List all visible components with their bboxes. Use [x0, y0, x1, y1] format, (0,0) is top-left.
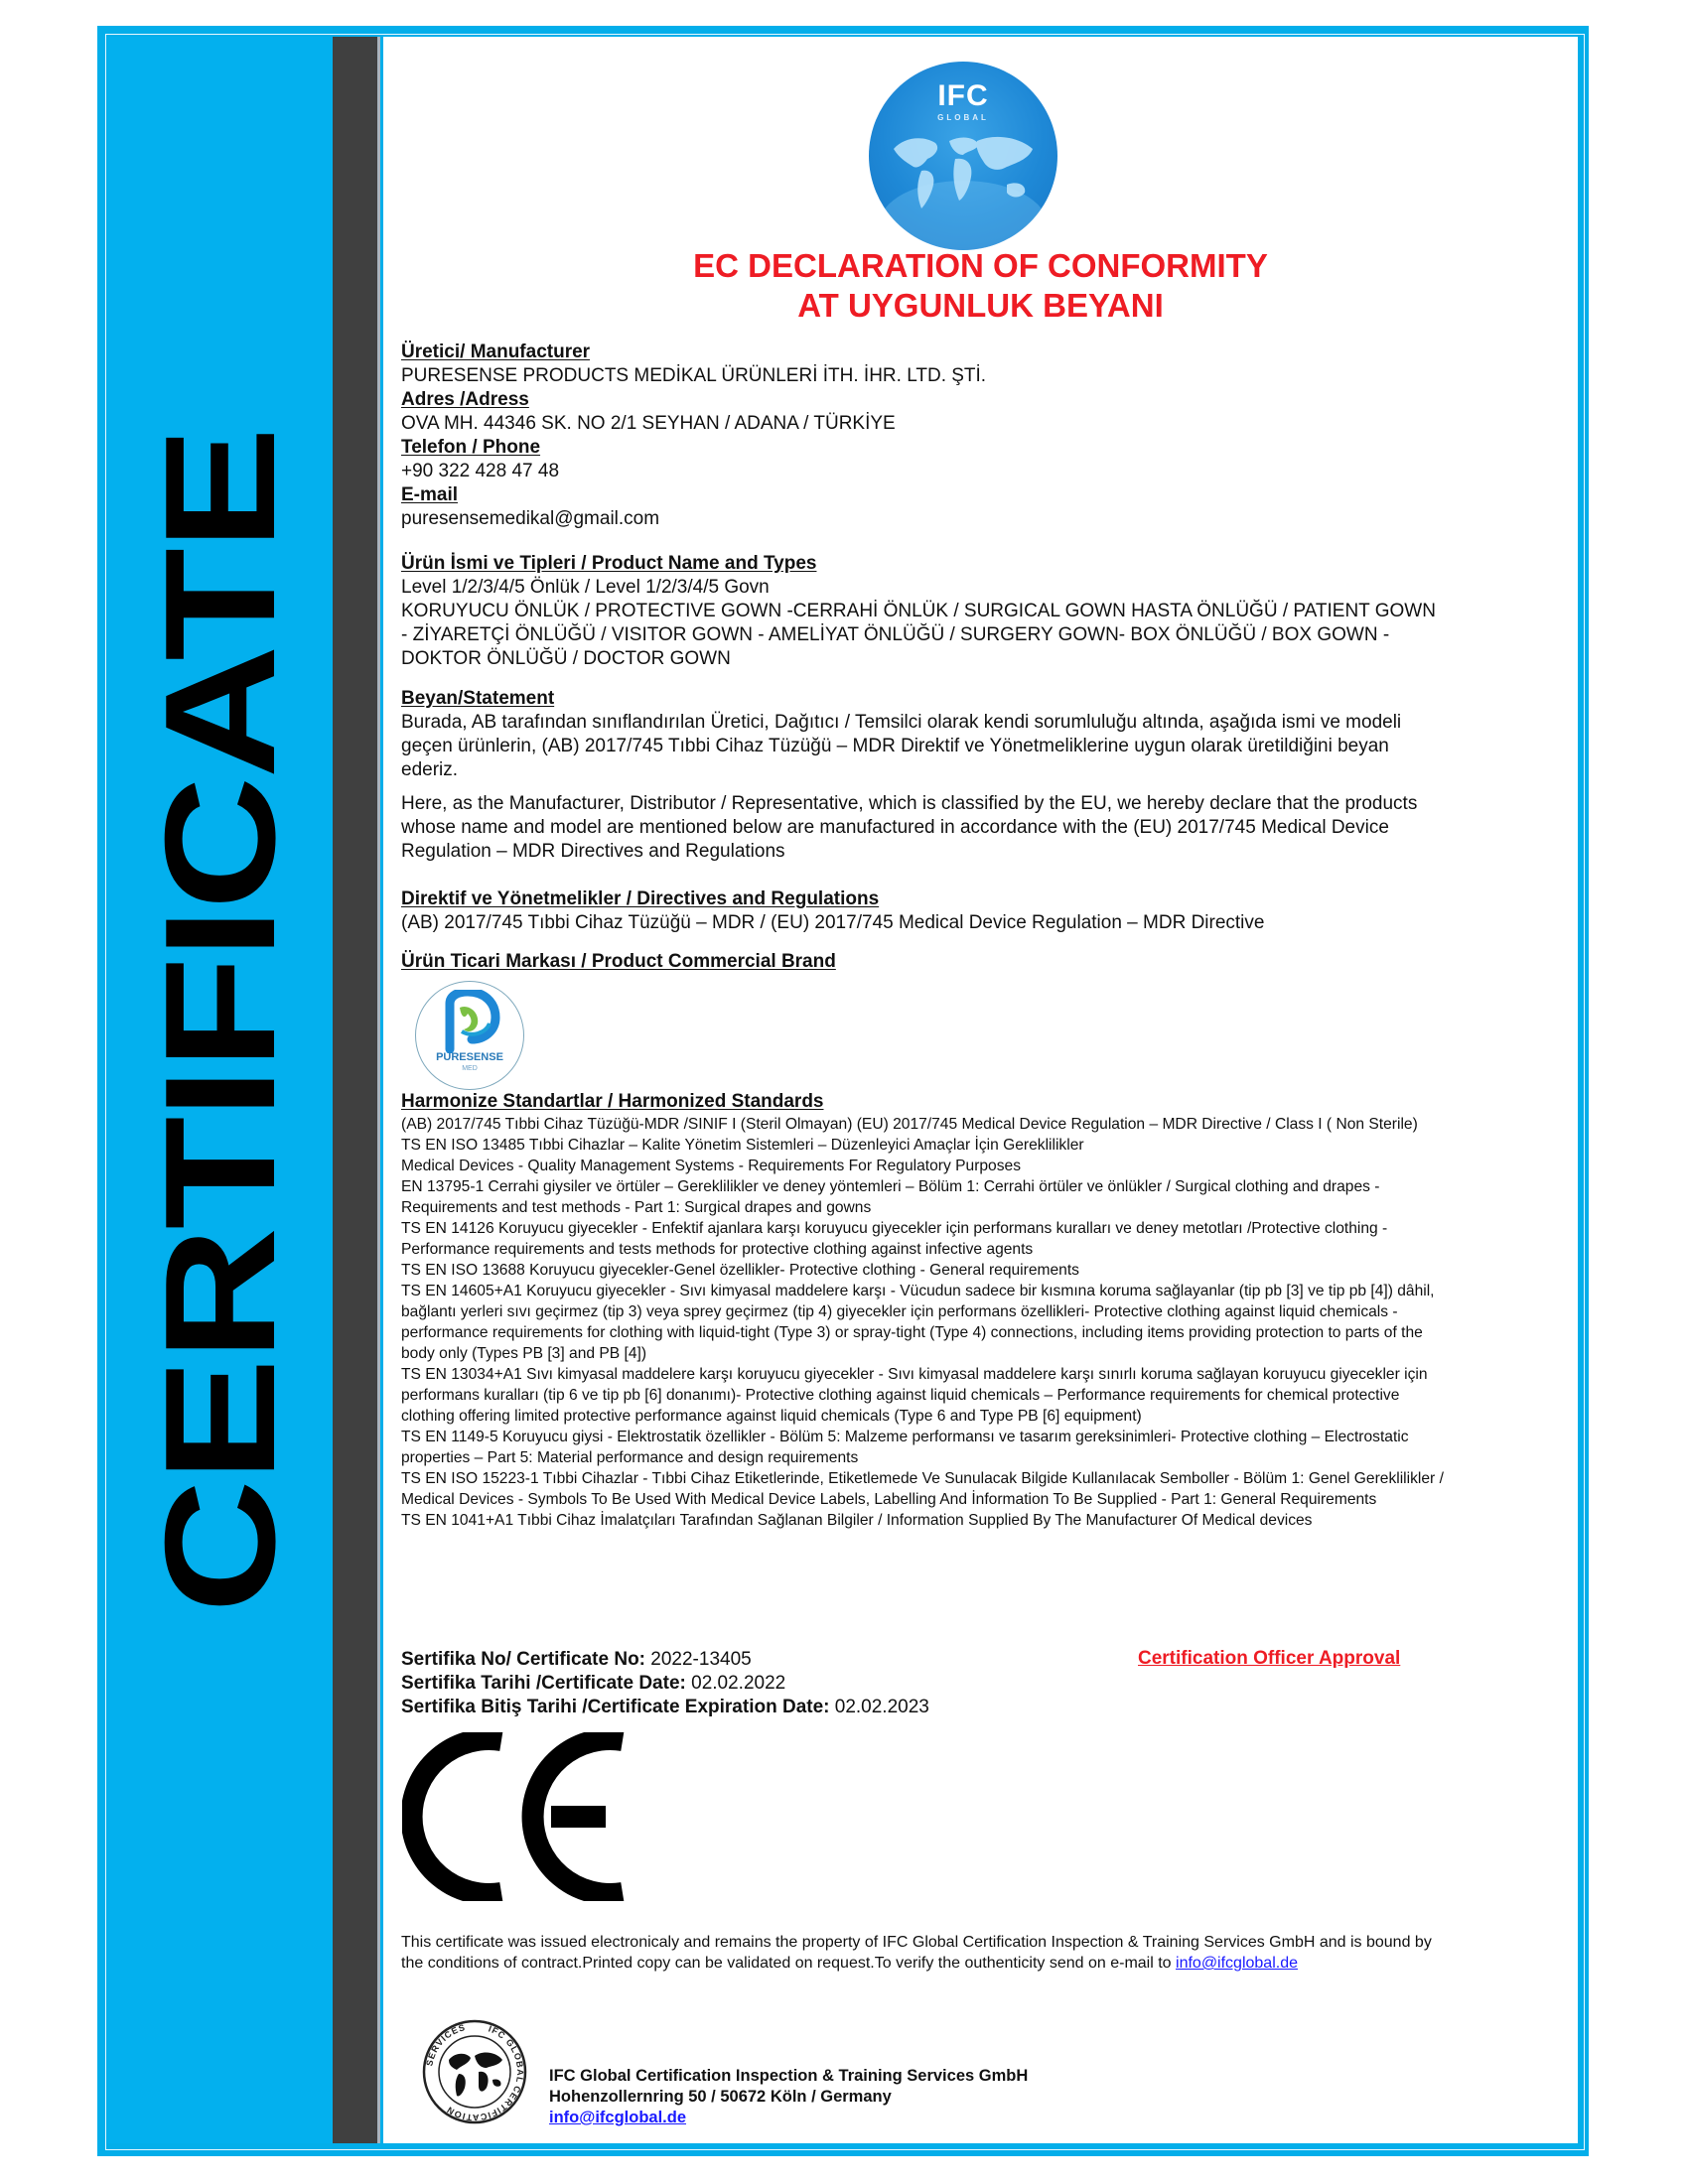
- document-title: EC DECLARATION OF CONFORMITY: [383, 248, 1578, 284]
- standards-label: Harmonize Standartlar / Harmonized Stand…: [401, 1090, 824, 1114]
- product-label: Ürün İsmi ve Tipleri / Product Name and …: [401, 552, 816, 576]
- manufacturer-name: PURESENSE PRODUCTS MEDİKAL ÜRÜNLERİ İTH.…: [401, 364, 986, 388]
- product-types: KORUYUCU ÖNLÜK / PROTECTIVE GOWN -CERRAH…: [401, 600, 1444, 671]
- phone-label: Telefon / Phone: [401, 436, 540, 460]
- certification-officer-approval: Certification Officer Approval: [1138, 1648, 1400, 1670]
- statement-turkish: Burada, AB tarafından sınıflandırılan Ür…: [401, 711, 1444, 782]
- standard-item: TS EN ISO 13688 Koruyucu giyecekler-Gene…: [401, 1260, 1454, 1281]
- world-map-icon: [884, 129, 1043, 218]
- standard-item: Medical Devices - Quality Management Sys…: [401, 1156, 1454, 1176]
- ifc-global-logo: IFC GLOBAL: [869, 62, 1057, 250]
- brand-logo-sub: MED: [416, 1065, 523, 1072]
- product-levels: Level 1/2/3/4/5 Önlük / Level 1/2/3/4/5 …: [401, 576, 770, 600]
- ifc-certification-stamp-icon: SERVICES IFC GLOBAL CERTIFICATION: [421, 2018, 528, 2125]
- logo-subtitle-text: GLOBAL: [869, 113, 1057, 122]
- certificate-expiry-value: 02.02.2023: [835, 1697, 929, 1717]
- email-label: E-mail: [401, 483, 458, 507]
- disclaimer-email-link[interactable]: info@ifcglobal.de: [1176, 1955, 1298, 1972]
- standards-list: (AB) 2017/745 Tıbbi Cihaz Tüzüğü-MDR /SI…: [401, 1114, 1454, 1531]
- logo-brand-text: IFC: [869, 79, 1057, 113]
- certificate-expiry: Sertifika Bitiş Tarihi /Certificate Expi…: [401, 1696, 929, 1719]
- manufacturer-label: Üretici/ Manufacturer: [401, 341, 590, 364]
- email-value: puresensemedikal@gmail.com: [401, 507, 659, 531]
- standard-item: TS EN 13034+A1 Sıvı kimyasal maddelere k…: [401, 1364, 1454, 1427]
- phone-value: +90 322 428 47 48: [401, 460, 559, 483]
- certificate-number-label: Sertifika No/ Certificate No:: [401, 1649, 645, 1670]
- certificate-number: Sertifika No/ Certificate No: 2022-13405: [401, 1648, 752, 1672]
- issuer-email-link[interactable]: info@ifcglobal.de: [549, 2108, 1028, 2128]
- statement-label: Beyan/Statement: [401, 687, 554, 711]
- standard-item: TS EN 14126 Koruyucu giyecekler - Enfekt…: [401, 1218, 1454, 1260]
- standard-item: TS EN ISO 15223-1 Tıbbi Cihazlar - Tıbbi…: [401, 1468, 1454, 1510]
- puresense-brand-logo: PURESENSE MED: [415, 981, 524, 1090]
- certificate-date-label: Sertifika Tarihi /Certificate Date:: [401, 1673, 686, 1694]
- certificate-date-value: 02.02.2022: [691, 1673, 785, 1694]
- certificate-date: Sertifika Tarihi /Certificate Date: 02.0…: [401, 1672, 785, 1696]
- directives-label: Direktif ve Yönetmelikler / Directives a…: [401, 887, 879, 911]
- disclaimer-text: This certificate was issued electronical…: [401, 1932, 1444, 1974]
- puresense-p-icon: [438, 990, 501, 1053]
- address-label: Adres /Adress: [401, 388, 529, 412]
- document-subtitle: AT UYGUNLUK BEYANI: [383, 288, 1578, 324]
- certificate-number-value: 2022-13405: [650, 1649, 751, 1670]
- statement-english: Here, as the Manufacturer, Distributor /…: [401, 792, 1444, 864]
- issuer-company: IFC Global Certification Inspection & Tr…: [549, 2066, 1028, 2087]
- ce-mark-icon: [402, 1732, 631, 1901]
- directives-value: (AB) 2017/745 Tıbbi Cihaz Tüzüğü – MDR /…: [401, 911, 1264, 935]
- standard-item: EN 13795-1 Cerrahi giysiler ve örtüler –…: [401, 1176, 1454, 1218]
- standard-item: TS EN 1149-5 Koruyucu giysi - Elektrosta…: [401, 1427, 1454, 1468]
- standard-item: TS EN ISO 13485 Tıbbi Cihazlar – Kalite …: [401, 1135, 1454, 1156]
- vertical-certificate-title: CERTIFICATE: [162, 610, 279, 1613]
- issuer-info: IFC Global Certification Inspection & Tr…: [549, 2066, 1028, 2128]
- side-dark-bar: [333, 37, 380, 2143]
- certificate-expiry-label: Sertifika Bitiş Tarihi /Certificate Expi…: [401, 1697, 829, 1717]
- address-value: OVA MH. 44346 SK. NO 2/1 SEYHAN / ADANA …: [401, 412, 896, 436]
- issuer-address: Hohenzollernring 50 / 50672 Köln / Germa…: [549, 2087, 1028, 2108]
- standard-item: TS EN 1041+A1 Tıbbi Cihaz İmalatçıları T…: [401, 1510, 1454, 1531]
- brand-logo-name: PURESENSE: [416, 1051, 523, 1063]
- brand-label: Ürün Ticari Markası / Product Commercial…: [401, 950, 836, 974]
- standard-item: TS EN 14605+A1 Koruyucu giyecekler - Sıv…: [401, 1281, 1454, 1364]
- standard-item: (AB) 2017/745 Tıbbi Cihaz Tüzüğü-MDR /SI…: [401, 1114, 1454, 1135]
